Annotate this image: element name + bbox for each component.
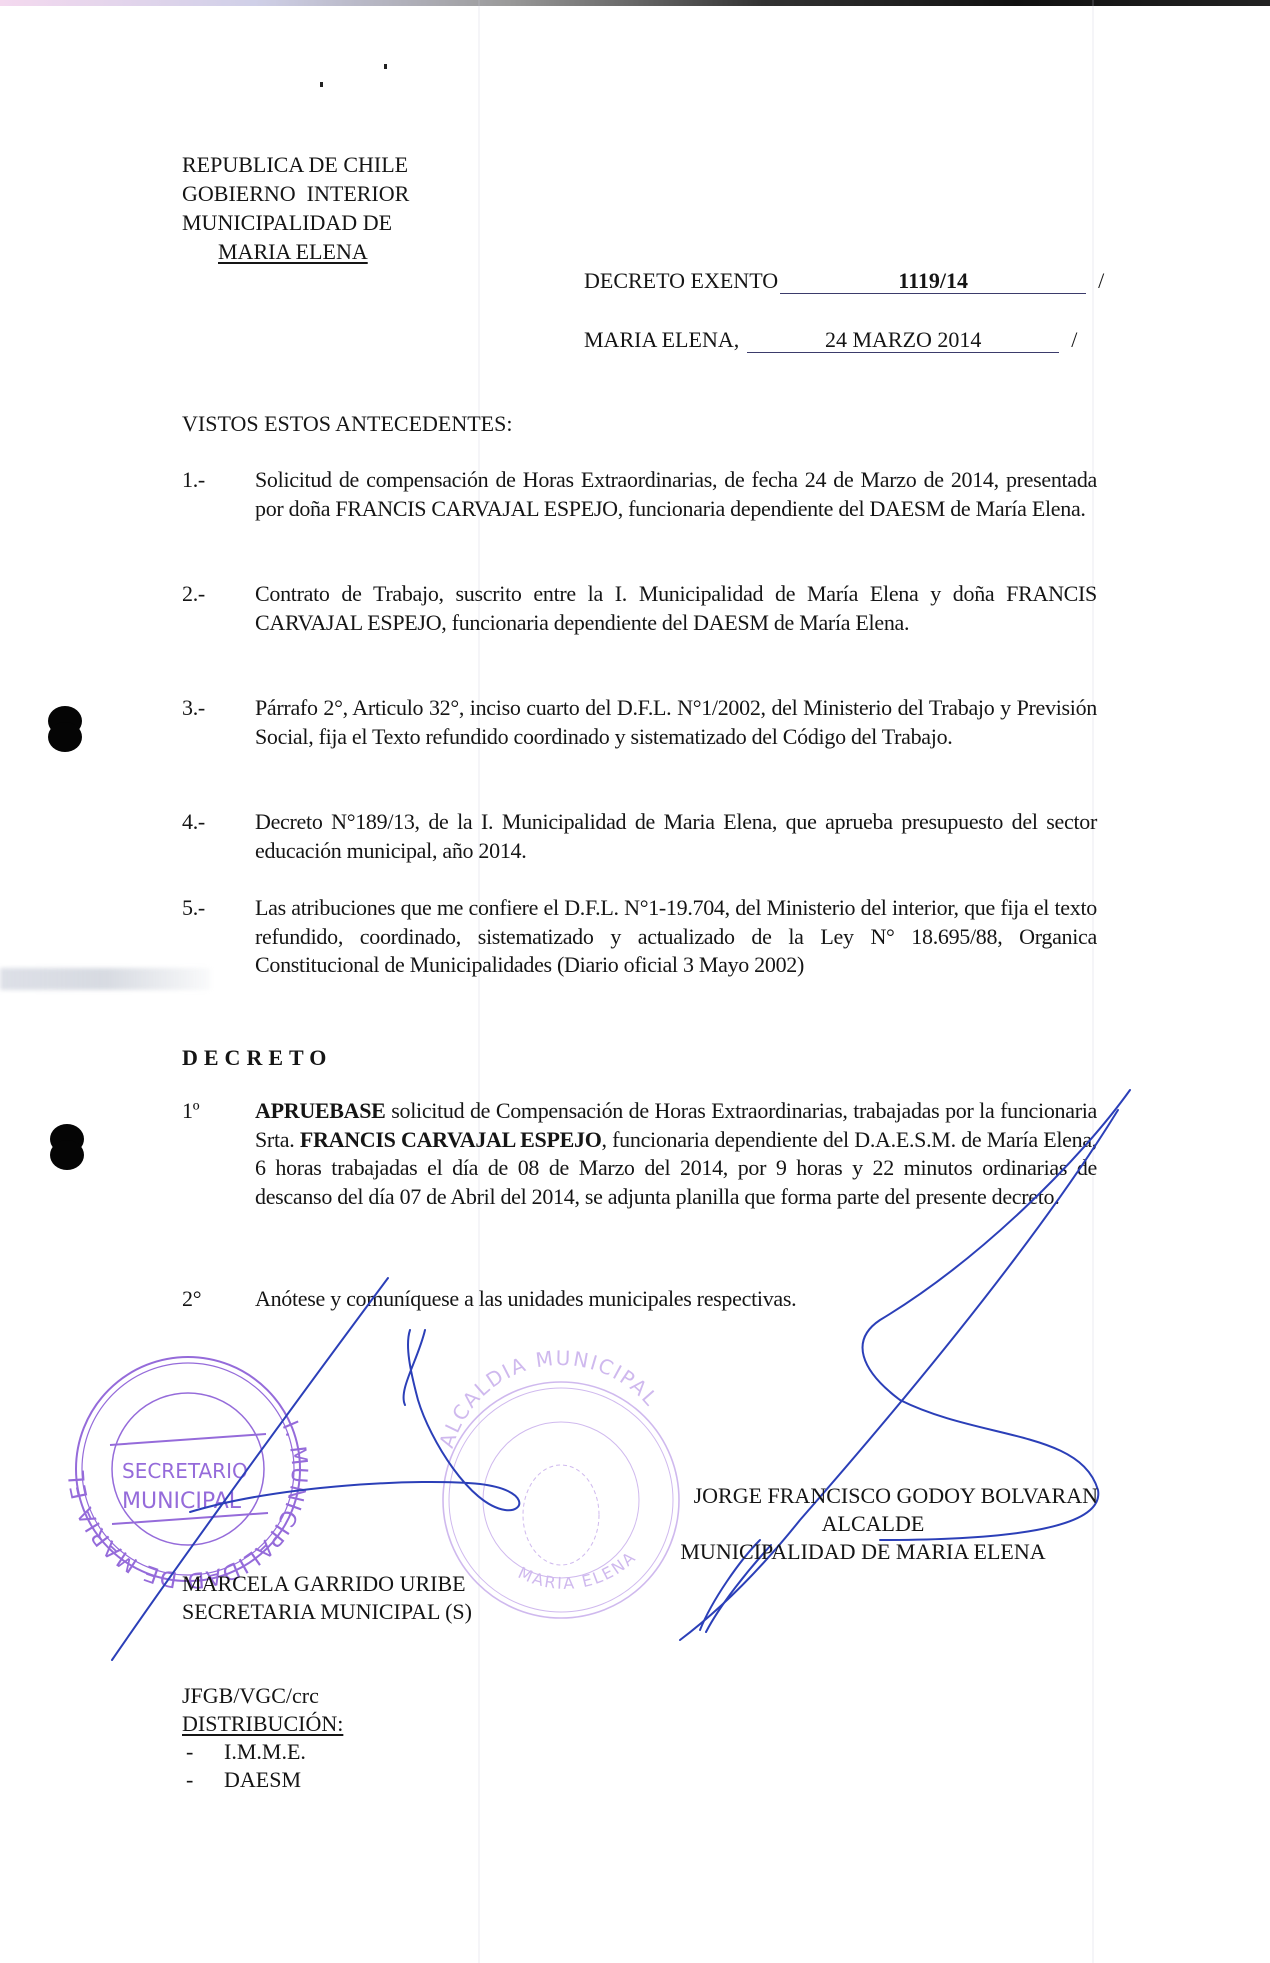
svg-text:ALCALDIA MUNICIPAL: ALCALDIA MUNICIPAL [434, 1346, 664, 1451]
document-page: REPUBLICA DE CHILE GOBIERNO INTERIOR MUN… [0, 0, 1270, 1963]
mayor-signature-block: JORGE FRANCISCO GODOY BOLVARAN ALCALDE M… [628, 1482, 1098, 1566]
mayor-name: JORGE FRANCISCO GODOY BOLVARAN [628, 1482, 1098, 1510]
mayor-title: ALCALDE [628, 1510, 1098, 1538]
distribution-item: -DAESM [182, 1766, 343, 1794]
secretary-name: MARCELA GARRIDO URIBE [182, 1570, 472, 1598]
svg-text:MARIA ELENA: MARIA ELENA [515, 1547, 640, 1593]
mayor-org: MUNICIPALIDAD DE MARIA ELENA [628, 1538, 1098, 1566]
distribution-recipient: DAESM [224, 1767, 301, 1792]
stamps-and-signatures: I. MUNICIPALIDAD DE MARIA ELENA SECRETAR… [0, 0, 1270, 1963]
svg-text:SECRETARIO: SECRETARIO [122, 1459, 248, 1483]
distribution-footer: JFGB/VGC/crc DISTRIBUCIÓN: -I.M.M.E. -DA… [182, 1682, 343, 1794]
secretary-stamp-icon: I. MUNICIPALIDAD DE MARIA ELENA SECRETAR… [0, 0, 311, 1592]
svg-text:I. MUNICIPALIDAD DE MARIA ELEN: I. MUNICIPALIDAD DE MARIA ELENA [0, 0, 311, 1592]
distribution-item: -I.M.M.E. [182, 1738, 343, 1766]
initials: JFGB/VGC/crc [182, 1682, 343, 1710]
distribution-label: DISTRIBUCIÓN: [182, 1710, 343, 1738]
distribution-recipient: I.M.M.E. [224, 1739, 306, 1764]
secretary-signature-block: MARCELA GARRIDO URIBE SECRETARIA MUNICIP… [182, 1570, 472, 1626]
secretary-title: SECRETARIA MUNICIPAL (S) [182, 1598, 472, 1626]
